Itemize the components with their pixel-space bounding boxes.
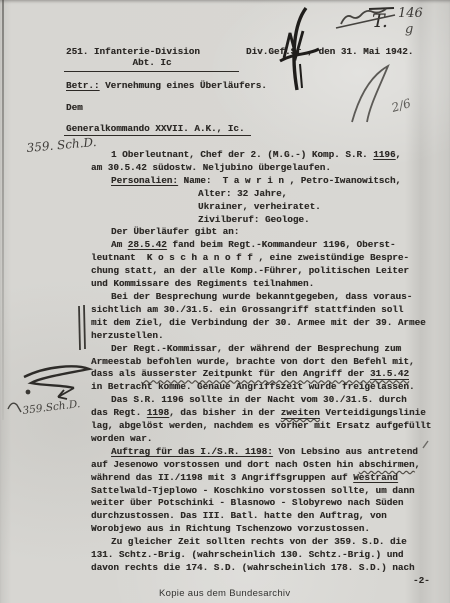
body-line: leutnant K o s c h a n o f f , eine zwei… <box>91 252 443 265</box>
archive-caption: Kopie aus dem Bundesarchiv <box>159 588 290 599</box>
margin-arrow-scribble <box>24 366 89 388</box>
margin-note-squiggle <box>8 403 21 412</box>
body-line: in Betracht komme. Genaue Angriffszeit w… <box>91 381 443 394</box>
margin-bar-1 <box>79 306 80 350</box>
body-line: am 30.5.42 südostw. Neljubino übergelauf… <box>91 162 443 175</box>
body-line: Auftrag für das I./S.R. 1198: Von Lebsin… <box>91 446 443 459</box>
signature-fraction: 2/6 <box>389 96 413 115</box>
body-line: Ukrainer, verheiratet. <box>91 201 443 214</box>
margin-dot <box>26 390 31 395</box>
body-line: Sattelwald-Tjeplowo - Koschkino vorstoss… <box>91 485 443 498</box>
body-line: dass als äusserster Zeitpunkt für den An… <box>91 368 443 381</box>
body-line: lag, abgelöst werden, nachdem es vorher … <box>91 420 443 433</box>
dept-underline <box>64 71 239 72</box>
margin-note-division-mid: 359.Sch.D. <box>22 398 81 417</box>
body-line: 131. Schtz.-Brig. (wahrscheinlich 130. S… <box>91 549 443 562</box>
margin-note-division-top: 359. Sch.D. <box>26 135 97 155</box>
body-line: während das II./1198 mit 3 Angriffsgrupp… <box>91 472 443 485</box>
body-line: 1 Oberleutnant, Chef der 2. (M.G.-) Komp… <box>91 149 443 162</box>
subject-line: Betr.: Vernehmung eines Überläufers. <box>66 80 267 91</box>
stamp-number: 146 <box>398 6 423 21</box>
margin-arrowhead <box>58 388 74 399</box>
scribble-strike <box>336 15 395 28</box>
body-line: weiter über Potschinki - Blasnowo - Slob… <box>91 497 443 510</box>
subject-text: Vernehmung eines Überläufers. <box>99 80 266 91</box>
page-edge-shadow <box>2 0 4 420</box>
dept-label: Abt. Ic <box>66 57 238 68</box>
recipient-name: Generalkommando XXVII. A.K., Ic. <box>66 123 245 134</box>
body-line: Worobjewo aus in Richtung Tschenzowo vor… <box>91 523 443 536</box>
ink-tick <box>300 64 302 88</box>
recipient-intro: Dem <box>66 102 83 113</box>
stamp-t-mark: T. <box>372 10 388 32</box>
body-line: worden war. <box>91 433 443 446</box>
crossed-scribble <box>341 9 386 24</box>
body-line: durchzustossen. Das III. Batl. hatte den… <box>91 510 443 523</box>
margin-bar-2 <box>84 305 85 349</box>
body-line: sichtlich am 30./31.5. ein Grossangriff … <box>91 304 443 317</box>
body-line: Das S.R. 1196 sollte in der Nacht vom 30… <box>91 394 443 407</box>
body-line: Alter: 32 Jahre, <box>91 188 443 201</box>
body-line: Personalien: Name: T a w r i n , Petro-I… <box>91 175 443 188</box>
stamp-g-mark: g <box>405 22 413 37</box>
page-number: -2- <box>413 575 430 586</box>
subject-label: Betr.: <box>66 80 99 91</box>
place-date: Div.Gef.St., den 31. Mai 1942. <box>246 46 413 57</box>
body-line: davon rechts die 174. S.D. (wahrscheinli… <box>91 562 443 575</box>
unit-name: 251. Infanterie-Division <box>66 46 200 57</box>
body-line: herzustellen. <box>91 330 443 343</box>
body-line: Zivilberuf: Geologe. <box>91 214 443 227</box>
document-page: 251. Infanterie-Division Abt. Ic Div.Gef… <box>0 0 450 603</box>
body-line: Am 28.5.42 fand beim Regt.-Kommandeur 11… <box>91 239 443 252</box>
body-line: Zu gleicher Zeit sollten rechts von der … <box>91 536 443 549</box>
body-line: Bei der Besprechung wurde bekanntgegeben… <box>91 291 443 304</box>
body-line: mit dem Ziel, die Verbindung der 30. Arm… <box>91 317 443 330</box>
recipient-underline <box>64 135 251 136</box>
body-line: Der Regt.-Kommissar, der während der Bes… <box>91 343 443 356</box>
body-line: und Kommissare des Regiments teilnahmen. <box>91 278 443 291</box>
body-line: chung statt, an der alle Komp.-Führer, p… <box>91 265 443 278</box>
body-line: das Regt. 1198, das bisher in der zweite… <box>91 407 443 420</box>
pencil-signature-flourish <box>352 66 388 122</box>
body-line: Der Überläufer gibt an: <box>91 226 443 239</box>
body-line: auf Jesenowo vorstossen und dort nach Os… <box>91 459 443 472</box>
body-text: 1 Oberleutnant, Chef der 2. (M.G.-) Komp… <box>91 149 443 575</box>
body-line: Armeestab befohlen wurde, brachte von do… <box>91 356 443 369</box>
stamp-overline <box>369 8 394 9</box>
